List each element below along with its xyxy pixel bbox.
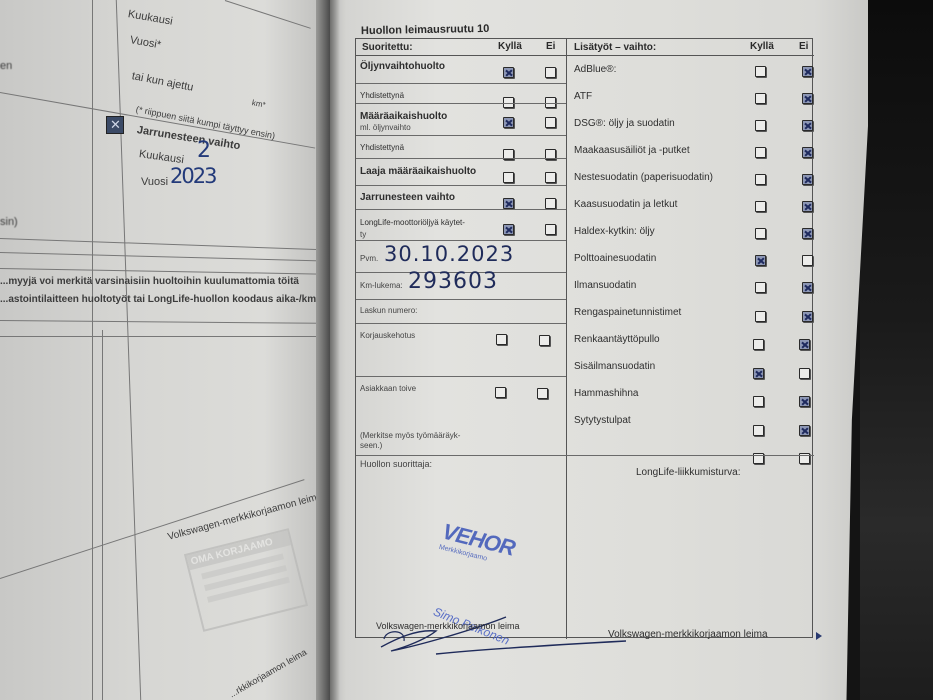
row-line <box>0 268 320 275</box>
right-row-no-checkbox[interactable] <box>802 174 813 185</box>
left-header-label: Suoritettu: <box>362 42 413 53</box>
invoice-number-label: Laskun numero: <box>360 306 417 316</box>
date-label: Pvm. <box>360 254 378 264</box>
left-row-no-checkbox[interactable] <box>545 172 556 183</box>
left-row-yes-checkbox[interactable] <box>503 67 514 78</box>
repair-suggestion-label: Korjauskehotus <box>360 331 415 341</box>
left-row-label: Laaja määräaikaishuolto <box>360 166 476 177</box>
left-row-label: Yhdistettynä <box>360 143 404 152</box>
km-unit: km* <box>251 98 266 109</box>
km-reading-label: Km-lukema: <box>360 281 403 291</box>
notice-line-1: ...myyjä voi merkitä varsinaisiin huolto… <box>0 276 299 287</box>
right-row-no-checkbox[interactable] <box>802 255 813 266</box>
km-reading-value[interactable]: 293603 <box>408 269 498 294</box>
next-page-arrow-icon[interactable] <box>816 632 822 640</box>
left-header-yes: Kyllä <box>498 41 522 52</box>
row-line <box>0 92 315 149</box>
right-header-no: Ei <box>799 41 808 52</box>
work-order-note: (Merkitse myös työmääräyk-seen.) <box>360 431 480 451</box>
right-row-label: Rengaspainetunnistimet <box>574 307 681 318</box>
right-row-yes-checkbox[interactable] <box>755 282 766 293</box>
customer-wish-no-checkbox[interactable] <box>537 388 548 399</box>
stamp-label-bottom: ...rkkikorjaamon leima <box>228 647 309 699</box>
right-row-no-checkbox[interactable] <box>802 147 813 158</box>
right-row-no-checkbox[interactable] <box>802 311 813 322</box>
left-row-yes-checkbox[interactable] <box>503 172 514 183</box>
left-row-yes-checkbox[interactable] <box>503 117 514 128</box>
right-row-label: Sisäilmansuodatin <box>574 361 655 372</box>
left-row-label: LongLife-moottoriöljyä käytet- <box>360 218 465 227</box>
right-row-no-checkbox[interactable] <box>802 93 813 104</box>
notice-line-2: ...astointilaitteen huoltotyöt tai LongL… <box>0 294 319 305</box>
ghost-stamp: OMA KORJAAMO <box>184 528 308 632</box>
brake-month-value: 2 <box>197 138 211 163</box>
right-page: Huollon leimausruutu 10 Suoritettu: Kyll… <box>330 0 868 700</box>
right-row-label: Haldex-kytkin: öljy <box>574 226 655 237</box>
right-row-label: Ilmansuodatin <box>574 280 636 291</box>
right-row-yes-checkbox[interactable] <box>753 396 764 407</box>
left-row-sublabel: ty <box>360 230 366 239</box>
brake-year-value: 2023 <box>170 164 215 188</box>
left-row-label: Määräaikaishuolto <box>360 111 447 122</box>
left-row-label: Jarrunesteen vaihto <box>360 192 455 203</box>
longlife-mobility-label: LongLife-liikkumisturva: <box>636 467 741 478</box>
left-header-no: Ei <box>546 41 555 52</box>
left-page: Kuukausi Vuosi* tai kun ajettu km* (* ri… <box>0 0 330 700</box>
right-row-yes-checkbox[interactable] <box>753 425 764 436</box>
date-value[interactable]: 30.10.2023 <box>384 242 514 266</box>
month-label: Kuukausi <box>127 8 174 28</box>
row-line <box>0 252 320 261</box>
right-row-yes-checkbox[interactable] <box>755 228 766 239</box>
right-row-no-checkbox[interactable] <box>802 282 813 293</box>
column-line <box>92 0 93 700</box>
right-row-yes-checkbox[interactable] <box>755 93 766 104</box>
right-row-no-checkbox[interactable] <box>799 339 810 350</box>
repair-suggestion-yes-checkbox[interactable] <box>496 334 507 345</box>
right-row-yes-checkbox[interactable] <box>755 147 766 158</box>
partial-text: en <box>0 60 12 72</box>
right-row-label: AdBlue®: <box>574 64 616 75</box>
left-row-sublabel: ml. öljynvaihto <box>360 123 411 132</box>
right-row-label: ATF <box>574 91 592 102</box>
left-row-label: Öljynvaihtohuolto <box>360 61 445 72</box>
right-row-no-checkbox[interactable] <box>799 396 810 407</box>
left-stamp-label: Volkswagen-merkkikorjaamon leima <box>376 621 520 631</box>
left-row-no-checkbox[interactable] <box>545 117 556 128</box>
km-label: tai kun ajettu <box>131 70 195 94</box>
left-row-label: Yhdistettynä <box>360 91 404 100</box>
row-line <box>225 0 311 29</box>
right-row-no-checkbox[interactable] <box>802 66 813 77</box>
right-row-yes-checkbox[interactable] <box>755 201 766 212</box>
column-divider <box>566 39 567 639</box>
right-header-yes: Kyllä <box>750 41 774 52</box>
left-row-no-checkbox[interactable] <box>545 67 556 78</box>
brake-year-label: Vuosi <box>141 176 168 188</box>
right-row-label: Kaasusuodatin ja letkut <box>574 199 677 210</box>
right-row-no-checkbox[interactable] <box>802 120 813 131</box>
right-row-label: Maakaasusäiliöt ja -putket <box>574 145 690 156</box>
partial-text: sin) <box>0 216 18 228</box>
right-row-no-checkbox[interactable] <box>799 368 810 379</box>
right-row-label: Polttoainesuodatin <box>574 253 656 264</box>
right-row-label: Renkaantäyttöpullo <box>574 334 660 345</box>
signature <box>376 599 636 669</box>
form-title: Huollon leimausruutu 10 <box>361 23 490 37</box>
background <box>860 0 933 700</box>
workshop-stamp: VEHOR Merkkikorjaamo <box>438 519 517 569</box>
right-row-no-checkbox[interactable] <box>802 228 813 239</box>
right-row-yes-checkbox[interactable] <box>755 120 766 131</box>
right-row-no-checkbox[interactable] <box>802 201 813 212</box>
right-row-label: Nestesuodatin (paperisuodatin) <box>574 172 713 183</box>
year-label: Vuosi* <box>129 34 162 51</box>
right-row-yes-checkbox[interactable] <box>755 255 766 266</box>
right-header-label: Lisätyöt – vaihto: <box>574 42 656 53</box>
customer-wish-yes-checkbox[interactable] <box>495 387 506 398</box>
brake-fluid-checkbox[interactable] <box>106 116 124 134</box>
column-line <box>102 330 103 700</box>
left-row-no-checkbox[interactable] <box>545 224 556 235</box>
header-line <box>356 55 814 56</box>
left-row-yes-checkbox[interactable] <box>503 198 514 209</box>
right-row-yes-checkbox[interactable] <box>755 311 766 322</box>
repair-suggestion-no-checkbox[interactable] <box>539 335 550 346</box>
right-row-label: Hammashihna <box>574 388 638 399</box>
row-line <box>0 336 320 337</box>
right-row-label: Sytytystulpat <box>574 415 631 426</box>
service-stamp-form: Suoritettu: Kyllä Ei Lisätyöt – vaihto: … <box>355 38 813 638</box>
customer-wish-label: Asiakkaan toive <box>360 384 416 394</box>
right-row-yes-checkbox[interactable] <box>753 339 764 350</box>
right-row-yes-checkbox[interactable] <box>753 368 764 379</box>
right-row-yes-checkbox[interactable] <box>755 66 766 77</box>
left-row-yes-checkbox[interactable] <box>503 224 514 235</box>
book-spine <box>316 0 330 700</box>
left-row-no-checkbox[interactable] <box>545 198 556 209</box>
right-row-label: DSG®: öljy ja suodatin <box>574 118 675 129</box>
right-row-no-checkbox[interactable] <box>799 425 810 436</box>
performer-label: Huollon suorittaja: <box>360 459 432 469</box>
right-stamp-label: Volkswagen-merkkikorjaamon leima <box>608 629 768 640</box>
right-row-yes-checkbox[interactable] <box>755 174 766 185</box>
row-line <box>0 238 320 250</box>
row-line <box>0 320 320 324</box>
